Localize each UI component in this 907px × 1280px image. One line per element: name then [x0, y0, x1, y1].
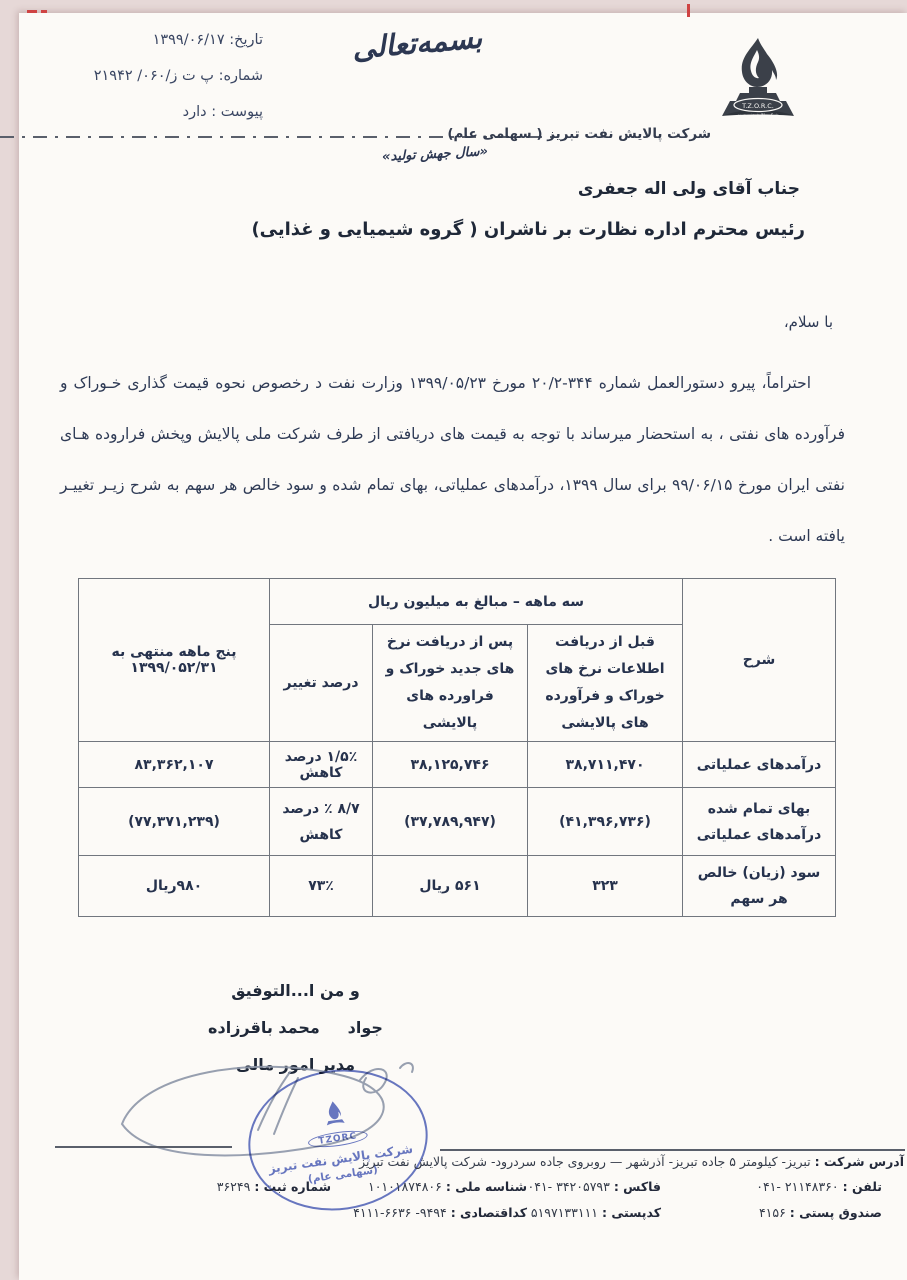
table-row: سود (زیان) خالص هر سهم ۳۲۳ ۵۶۱ ریال ۷۳٪ …: [79, 856, 836, 917]
row-after: (۳۷,۷۸۹,۹۴۷): [373, 788, 528, 856]
row-before: (۴۱,۳۹۶,۷۳۶): [528, 788, 683, 856]
scan-red-mark: [27, 10, 37, 13]
number-label: شماره:: [219, 68, 263, 84]
row-after: ۵۶۱ ریال: [373, 856, 528, 917]
body-paragraph: احتراماً، پیرو دستورالعمل شماره ۳۴۴-۲۰/۲…: [60, 358, 845, 562]
footer-phone: تلفن : ۲۱۱۴۸۳۶۰ -۰۴۱: [756, 1179, 882, 1194]
fax-value: ۳۴۲۰۵۷۹۳ -۰۴۱: [527, 1179, 609, 1194]
scan-red-mark: [41, 10, 47, 13]
row-desc: درآمدهای عملیاتی: [683, 742, 836, 788]
row-before: ۳۸,۷۱۱,۴۷۰: [528, 742, 683, 788]
five-month-line1: پنج ماهه منتهی به: [111, 644, 236, 660]
row-five-month: (۷۷,۳۷۱,۲۳۹): [79, 788, 270, 856]
date-label: تاریخ:: [229, 32, 263, 48]
footer-divider-right: [440, 1149, 905, 1151]
reg-label: شماره ثبت :: [254, 1179, 331, 1194]
row-change: ۱/۵٪ درصد کاهش: [270, 742, 373, 788]
row-before: ۳۲۳: [528, 856, 683, 917]
row-five-month: ۹۸۰ریال: [79, 856, 270, 917]
financial-table: شرح سه ماهه – مبالغ به میلیون ریال پنج م…: [78, 578, 835, 917]
fax-label: فاکس :: [614, 1179, 661, 1194]
row-desc: بهای تمام شده درآمدهای عملیاتی: [683, 788, 836, 856]
date-value: ۱۳۹۹/۰۶/۱۷: [153, 32, 225, 48]
quarterly-results-table: شرح سه ماهه – مبالغ به میلیون ریال پنج م…: [78, 578, 836, 917]
company-stamp: TZORC شرکت پالایش نفت تبریز (سهامی عام): [239, 1058, 437, 1222]
footer-national-id: شناسه ملی : ۱۰۱۰۱۸۷۴۸۰۶: [368, 1179, 527, 1194]
footer-pobox: صندوق پستی : ۴۱۵۶: [759, 1205, 882, 1220]
row-desc: سود (زیان) خالص هر سهم: [683, 856, 836, 917]
phone-label: تلفن :: [843, 1179, 882, 1194]
reg-value: ۳۶۲۴۹: [217, 1179, 251, 1194]
header-five-month: پنج ماهه منتهی به ۱۳۹۹/۰۵۲/۳۱: [79, 579, 270, 742]
row-change: ۷۳٪: [270, 856, 373, 917]
postal-label: کدپستی :: [602, 1205, 661, 1220]
header-span-three-month: سه ماهه – مبالغ به میلیون ریال: [270, 579, 683, 625]
header-change: درصد تغییر: [270, 625, 373, 742]
five-month-line2: ۱۳۹۹/۰۵۲/۳۱: [130, 660, 217, 676]
row-five-month: ۸۳,۳۶۲,۱۰۷: [79, 742, 270, 788]
national-id-label: شناسه ملی :: [446, 1179, 527, 1194]
scanned-letter-page: { "letterhead": { "date_label": "تاریخ:"…: [0, 0, 907, 1280]
national-id-value: ۱۰۱۰۱۸۷۴۸۰۶: [368, 1179, 442, 1194]
postal-value: ۵۱۹۷۱۳۳۱۱۱: [531, 1205, 598, 1220]
letter-number: شماره: پ ت ز/۰۶۰/ ۲۱۹۴۲: [33, 58, 263, 94]
signatory-name: جواد محمد باقرزاده: [158, 1009, 433, 1046]
logo-acronym-text: T.Z.O.R.C.: [741, 102, 774, 110]
table-row: بهای تمام شده درآمدهای عملیاتی (۴۱,۳۹۶,۷…: [79, 788, 836, 856]
header-before: قبل از دریافت اطلاعات نرخ های خوراک و فر…: [528, 625, 683, 742]
number-value: پ ت ز/۰۶۰/ ۲۱۹۴۲: [94, 68, 214, 84]
address-value: تبریز- کیلومتر ۵ جاده تبریز- آذرشهر — رو…: [359, 1154, 811, 1169]
recipient-title: رئیس محترم اداره نظارت بر ناشران ( گروه …: [251, 219, 805, 240]
scan-red-tick: [687, 4, 690, 17]
phone-value: ۲۱۱۴۸۳۶۰ -۰۴۱: [756, 1179, 838, 1194]
logo-caption-text: شرکت پالایش نفت تبریز: [737, 112, 780, 117]
economic-value: ۹۴۹۴- ۶۶۳۶-۴۱۱۱: [353, 1205, 447, 1220]
stamp-acronym: TZORC: [307, 1127, 369, 1149]
footer-registration-number: شماره ثبت : ۳۶۲۴۹: [217, 1179, 331, 1194]
footer-postal-code: کدپستی : ۵۱۹۷۱۳۳۱۱۱: [531, 1205, 661, 1220]
header-desc: شرح: [683, 579, 836, 742]
attachment-value: دارد: [183, 104, 207, 120]
footer-fax: فاکس : ۳۴۲۰۵۷۹۳ -۰۴۱: [527, 1179, 661, 1194]
footer-address: آدرس شرکت : تبریز- کیلومتر ۵ جاده تبریز-…: [359, 1154, 904, 1169]
row-after: ۳۸,۱۲۵,۷۴۶: [373, 742, 528, 788]
company-name-line: شرکت پالایش نفت تبریز ( سهامی عام): [447, 126, 711, 142]
letter-attachment: پیوست : دارد: [33, 94, 263, 130]
attachment-label: پیوست :: [211, 104, 263, 120]
footer-divider-left: [55, 1146, 232, 1148]
pobox-label: صندوق پستی :: [790, 1205, 882, 1220]
pobox-value: ۴۱۵۶: [759, 1205, 786, 1220]
economic-label: کداقتصادی :: [451, 1205, 527, 1220]
flame-logo-icon: T.Z.O.R.C. شرکت پالایش نفت تبریز: [700, 36, 816, 136]
table-row: درآمدهای عملیاتی ۳۸,۷۱۱,۴۷۰ ۳۸,۱۲۵,۷۴۶ ۱…: [79, 742, 836, 788]
address-label: آدرس شرکت :: [815, 1154, 904, 1169]
recipient-name: جناب آقای ولی اله جعفری: [578, 179, 800, 199]
row-change: ۸/۷ ٪ درصد کاهش: [270, 788, 373, 856]
company-logo: T.Z.O.R.C. شرکت پالایش نفت تبریز: [700, 36, 816, 136]
greeting: با سلام،: [784, 313, 833, 331]
letter-meta-block: تاریخ: ۱۳۹۹/۰۶/۱۷ شماره: پ ت ز/۰۶۰/ ۲۱۹۴…: [33, 22, 263, 130]
signature-benediction: و من ا...التوفیق: [158, 972, 433, 1009]
letter-date: تاریخ: ۱۳۹۹/۰۶/۱۷: [33, 22, 263, 58]
footer-economic-code: کداقتصادی : ۹۴۹۴- ۶۶۳۶-۴۱۱۱: [353, 1205, 527, 1220]
stamp-flame-icon: [318, 1098, 352, 1132]
header-after: پس از دریافت نرخ های جدید خوراک و فراورد…: [373, 625, 528, 742]
